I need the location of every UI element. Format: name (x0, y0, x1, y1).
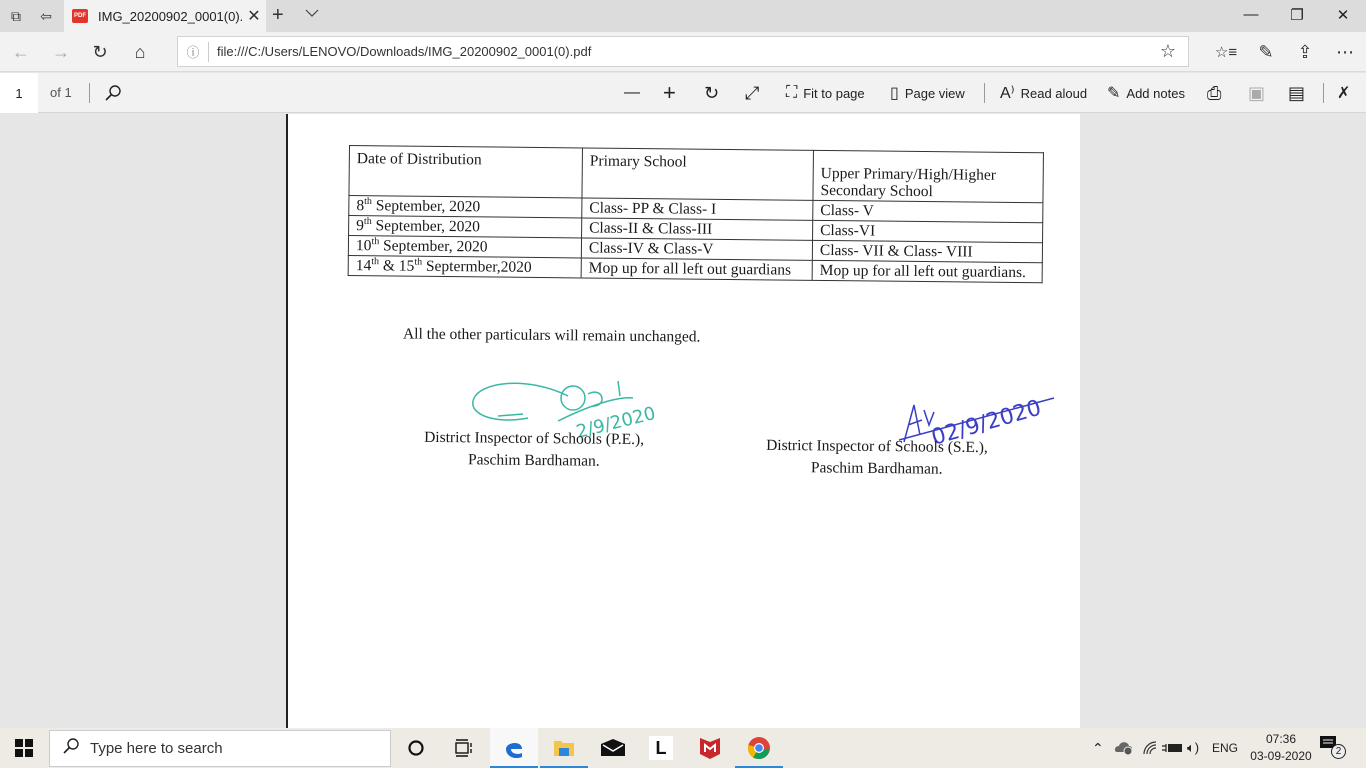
tabs-aside-icon[interactable]: ⇦ (36, 6, 56, 26)
web-note-icon[interactable]: ✎ (1253, 40, 1279, 64)
date-text: 9 (356, 217, 364, 234)
minimize-button[interactable]: — (1228, 6, 1274, 23)
date-text: September, 2020 (379, 237, 487, 255)
print-icon[interactable]: ⎙ (1207, 81, 1221, 105)
upper-cell: Mop up for all left out guardians. (812, 260, 1042, 282)
tab-close-icon[interactable]: ✕ (242, 6, 266, 26)
read-aloud-label: Read aloud (1021, 86, 1088, 101)
table-header-row: Date of Distribution Primary School Uppe… (349, 146, 1043, 203)
edge-app-icon[interactable] (490, 728, 538, 768)
tab-preview-chevron-icon[interactable] (305, 6, 319, 21)
set-tabs-aside-icon[interactable]: ⧉ (6, 6, 26, 26)
chrome-icon[interactable] (735, 728, 783, 768)
notification-count: 2 (1331, 744, 1346, 759)
add-notes-icon: ✎ (1107, 83, 1120, 103)
zoom-out-button[interactable]: — (624, 81, 640, 105)
tab-pdf[interactable]: PDF IMG_20200902_0001(0). ✕ (64, 0, 266, 32)
primary-cell: Mop up for all left out guardians (581, 258, 812, 280)
start-button[interactable] (0, 728, 48, 768)
signatory-title: District Inspector of Schools (S.E.), (766, 435, 988, 459)
date-text: September, 2020 (372, 197, 480, 215)
site-info-icon[interactable]: ⓘ (178, 42, 208, 61)
note-text: All the other particulars will remain un… (403, 325, 701, 346)
primary-cell: Class-IV & Class-V (581, 238, 812, 260)
toolbar-divider (1323, 83, 1324, 103)
add-notes-button[interactable]: ✎ Add notes (1107, 81, 1185, 105)
cortana-icon[interactable] (392, 728, 440, 768)
signatory-place: Paschim Bardhaman. (424, 449, 644, 473)
page-view-button[interactable]: ▯ Page view (890, 81, 965, 105)
zoom-in-button[interactable]: + (663, 81, 676, 105)
date-text: & 15 (379, 257, 414, 274)
toolbar-divider (984, 83, 985, 103)
battery-charging-icon[interactable] (1162, 728, 1184, 768)
header-primary: Primary School (582, 148, 814, 200)
mcafee-icon[interactable] (686, 728, 734, 768)
favorite-star-icon[interactable]: ☆ (1148, 41, 1188, 62)
pdf-page: Date of Distribution Primary School Uppe… (286, 114, 1080, 728)
mail-icon[interactable] (589, 728, 637, 768)
address-divider (208, 42, 209, 62)
upper-cell: Class- VII & Class- VIII (812, 240, 1042, 262)
page-view-icon: ▯ (890, 83, 899, 103)
volume-icon[interactable]: 🔈︎) (1187, 728, 1199, 768)
date-suffix: th (364, 196, 372, 207)
clock-time: 07:36 (1250, 731, 1312, 748)
search-placeholder: Type here to search (90, 740, 223, 757)
search-icon (62, 737, 80, 760)
onedrive-paused-icon[interactable] (1114, 728, 1134, 768)
l-app-icon[interactable]: L (637, 728, 685, 768)
header-upper: Upper Primary/High/Higher Secondary Scho… (813, 150, 1044, 202)
show-hidden-icons-chevron[interactable]: ⌃ (1092, 728, 1104, 768)
signatory-place: Paschim Bardhaman. (766, 457, 988, 481)
file-explorer-icon[interactable] (540, 728, 588, 768)
task-view-icon[interactable] (440, 728, 488, 768)
date-text: 10 (356, 237, 372, 254)
fit-to-page-button[interactable]: ⛶ Fit to page (786, 81, 865, 105)
share-icon[interactable]: ⇪ (1292, 40, 1318, 64)
page-number-input[interactable]: 1 (0, 73, 38, 113)
wifi-icon[interactable] (1142, 728, 1158, 768)
date-text: September, 2020 (372, 217, 480, 235)
pdf-viewer[interactable]: Date of Distribution Primary School Uppe… (0, 114, 1366, 728)
address-bar[interactable]: ⓘ file:///C:/Users/LENOVO/Downloads/IMG_… (177, 36, 1189, 67)
fit-to-page-icon: ⛶ (786, 84, 797, 102)
date-text: 8 (356, 197, 364, 214)
primary-cell: Class- PP & Class- I (582, 198, 813, 220)
save-icon[interactable]: ▣ (1248, 81, 1265, 105)
page-count: of 1 (50, 85, 72, 100)
url-text[interactable]: file:///C:/Users/LENOVO/Downloads/IMG_20… (217, 44, 1148, 59)
save-as-icon[interactable]: ▤ (1288, 81, 1305, 105)
close-window-button[interactable]: ✕ (1320, 6, 1366, 24)
date-text: Septermber,2020 (422, 258, 532, 276)
tab-title: IMG_20200902_0001(0). (98, 9, 242, 24)
input-language[interactable]: ENG (1212, 728, 1238, 768)
date-text: 14 (356, 257, 372, 274)
fullscreen-button[interactable]: ⤢ (745, 81, 759, 105)
clock-date: 03-09-2020 (1250, 748, 1312, 765)
title-bar: ⧉ ⇦ PDF IMG_20200902_0001(0). ✕ + — ❐ ✕ (0, 0, 1366, 32)
distribution-table: Date of Distribution Primary School Uppe… (348, 145, 1044, 283)
page-view-label: Page view (905, 86, 965, 101)
new-tab-button[interactable]: + (272, 4, 284, 27)
fit-to-page-label: Fit to page (803, 86, 864, 101)
pin-toolbar-icon[interactable]: ✗ (1337, 81, 1350, 105)
clock[interactable]: 07:36 03-09-2020 (1250, 731, 1312, 765)
pdf-toolbar: 1 of 1 — + ↻ ⤢ ⛶ Fit to page ▯ Page view… (0, 73, 1366, 113)
search-icon[interactable] (104, 81, 122, 105)
add-notes-label: Add notes (1126, 86, 1185, 101)
rotate-button[interactable]: ↻ (704, 81, 719, 105)
windows-logo-icon (15, 739, 33, 757)
upper-cell: Class- V (813, 200, 1043, 222)
read-aloud-icon: A⁾ (1000, 83, 1015, 103)
read-aloud-button[interactable]: A⁾ Read aloud (1000, 81, 1087, 105)
primary-cell: Class-II & Class-III (582, 218, 813, 240)
refresh-button[interactable]: ↻ (87, 40, 113, 64)
upper-cell: Class-VI (813, 220, 1043, 242)
restore-button[interactable]: ❐ (1274, 6, 1320, 24)
home-button[interactable]: ⌂ (127, 40, 153, 64)
taskbar: Type here to search L ⌃ 🔈︎) ENG 07:36 03… (0, 728, 1366, 768)
date-suffix: th (364, 216, 372, 227)
signatory-title: District Inspector of Schools (P.E.), (424, 427, 644, 451)
toolbar-divider (89, 83, 90, 103)
header-date: Date of Distribution (349, 146, 583, 198)
signature-block-se: District Inspector of Schools (S.E.), Pa… (766, 435, 988, 481)
forward-button[interactable]: → (48, 40, 74, 64)
signature-block-pe: District Inspector of Schools (P.E.), Pa… (424, 427, 644, 473)
pdf-file-icon: PDF (72, 9, 88, 23)
taskbar-search-input[interactable]: Type here to search (49, 730, 391, 767)
navigation-bar: ← → ↻ ⌂ ⓘ file:///C:/Users/LENOVO/Downlo… (0, 32, 1366, 72)
action-center-icon[interactable]: 2 (1320, 736, 1338, 757)
more-icon[interactable]: ⋯ (1332, 40, 1358, 64)
back-button[interactable]: ← (8, 40, 34, 64)
favorites-list-icon[interactable]: ☆≡ (1213, 40, 1239, 64)
